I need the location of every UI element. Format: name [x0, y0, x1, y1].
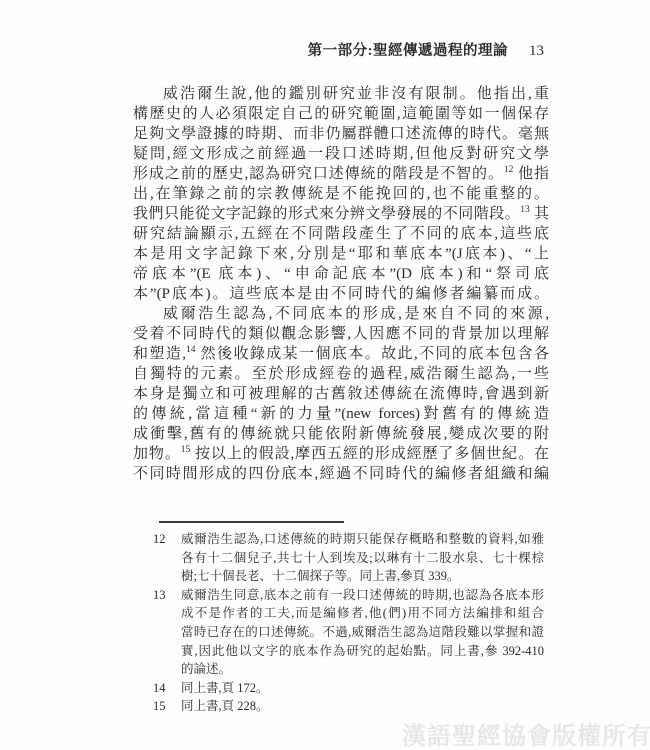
text-line: 自獨特的元素。至於形成經卷的過程,威浩爾生認為,一些 [133, 364, 549, 384]
book-page: 第一部分:聖經傳遞過程的理論 13 威浩爾生說,他的鑑別研究並非沒有限制。他指出… [0, 0, 650, 750]
paragraph: 威爾浩生認為,不同底本的形成,是來自不同的來源,受着不同時代的類似觀念影響,人因… [133, 304, 549, 484]
text-line: 受着不同時代的類似觀念影響,人因應不同的背景加以理解 [133, 324, 549, 344]
text-line: 的傳統,當這種“新的力量”(new forces)對舊有的傳統造 [133, 404, 549, 424]
footnote-line: 各有十二個兒子,共七十人到埃及;以琳有十二股水泉、七十棵棕 [181, 549, 544, 568]
body-text: 威浩爾生說,他的鑑別研究並非沒有限制。他指出,重構歷史的人必須限定自己的研究範圍… [133, 84, 549, 484]
footnote-line: 樹;七十個長老、十二個探子等。同上書,參頁 339。 [181, 567, 544, 586]
footnote-number: 15 [153, 697, 181, 716]
footnote: 12威爾浩生認為,口述傳統的時期只能保存概略和整數的資料,如雅各有十二個兒子,共… [153, 530, 545, 586]
footnotes-section: 12威爾浩生認為,口述傳統的時期只能保存概略和整數的資料,如雅各有十二個兒子,共… [153, 530, 545, 716]
footnote-ref: 13 [520, 205, 530, 215]
text-line: 帝底本”(E 底本)、“申命記底本”(D 底本)和“祭司底 [133, 264, 549, 284]
footnote-text: 同上書,頁 172。 [181, 679, 544, 698]
footnote-line: 同上書,頁 172。 [181, 679, 544, 698]
text-line: 我們只能從文字記錄的形式來分辨文學發展的不同階段。13 其 [133, 204, 549, 224]
text-line: 和塑造,14 然後收錄成某一個底本。故此,不同的底本包含各 [133, 344, 549, 364]
text-line: 不同時間形成的四份底本,經過不同時代的編修者組織和編 [133, 464, 549, 484]
text-line: 研究結論顯示,五經在不同階段產生了不同的底本,這些底 [133, 224, 549, 244]
text-line: 本”(P底本)。這些底本是由不同時代的編修者編纂而成。 [133, 284, 549, 304]
text-line: 出,在筆錄之前的宗教傳統是不能挽回的,也不能重整的。 [133, 184, 549, 204]
footnote-ref: 15 [181, 445, 191, 455]
footnote-line: 的論述。 [181, 660, 544, 679]
text-line: 形成之前的歷史,認為研究口述傳統的階段是不智的。12 他指 [133, 164, 549, 184]
footnote-text: 威爾浩生同意,底本之前有一段口述傳統的時期,也認為各底本形成不是作者的工夫,而是… [181, 586, 544, 679]
footnote-separator [159, 521, 344, 523]
footnote-text: 同上書,頁 228。 [181, 697, 544, 716]
footnote: 13威爾浩生同意,底本之前有一段口述傳統的時期,也認為各底本形成不是作者的工夫,… [153, 586, 545, 679]
text-line: 加物。15 按以上的假設,摩西五經的形成經歷了多個世紀。在 [133, 444, 549, 464]
footnote-ref: 12 [504, 165, 514, 175]
footnote-line: 成不是作者的工夫,而是編修者,他(們)用不同方法編排和組合 [181, 604, 544, 623]
text-line: 本身是獨立和可被理解的古舊敘述傳統在流傳時,會遇到新 [133, 384, 549, 404]
paragraph: 威浩爾生說,他的鑑別研究並非沒有限制。他指出,重構歷史的人必須限定自己的研究範圍… [133, 84, 549, 304]
text-line: 威爾浩生認為,不同底本的形成,是來自不同的來源, [133, 304, 549, 324]
text-line: 構歷史的人必須限定自己的研究範圍,這範圍等如一個保存 [133, 104, 549, 124]
watermark: 漢語聖經協會版權所有 [402, 716, 650, 750]
page-number: 13 [529, 43, 544, 60]
footnote-line: 同上書,頁 228。 [181, 697, 544, 716]
footnote-number: 13 [153, 586, 181, 679]
footnote-line: 實,因此他以文字的底本作為研究的起始點。同上書,參 392-410 [181, 642, 544, 661]
text-line: 成衝擊,舊有的傳統就只能依附新傳統發展,變成次要的附 [133, 424, 549, 444]
footnote-line: 威爾浩生同意,底本之前有一段口述傳統的時期,也認為各底本形 [181, 586, 544, 605]
text-line: 足夠文學證據的時期、而非仍屬群體口述流傳的時代。毫無 [133, 124, 549, 144]
text-line: 本是用文字記錄下來,分別是“耶和華底本”(J底本)、“上 [133, 244, 549, 264]
footnote-number: 14 [153, 679, 181, 698]
footnote-line: 威爾浩生認為,口述傳統的時期只能保存概略和整數的資料,如雅 [181, 530, 544, 549]
text-line: 疑問,經文形成之前經過一段口述時期,但他反對研究文學 [133, 144, 549, 164]
section-title: 第一部分:聖經傳遞過程的理論 [308, 39, 508, 60]
page-header: 第一部分:聖經傳遞過程的理論 13 [133, 39, 544, 60]
footnote-text: 威爾浩生認為,口述傳統的時期只能保存概略和整數的資料,如雅各有十二個兒子,共七十… [181, 530, 544, 586]
footnote-number: 12 [153, 530, 181, 586]
text-line: 威浩爾生說,他的鑑別研究並非沒有限制。他指出,重 [133, 84, 549, 104]
footnote: 15同上書,頁 228。 [153, 697, 545, 716]
footnote-line: 當時已存在的口述傳統。不過,威爾浩生認為這階段難以掌握和證 [181, 623, 544, 642]
footnote: 14同上書,頁 172。 [153, 679, 545, 698]
footnote-ref: 14 [186, 345, 196, 355]
